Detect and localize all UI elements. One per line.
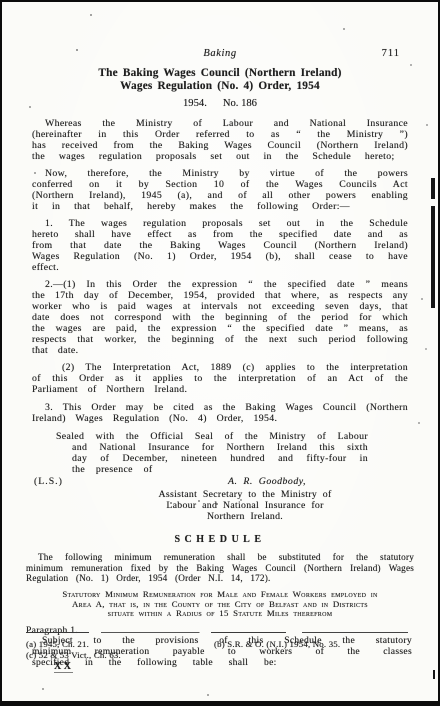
schedule-subheading-line: situate within a Radius of 15 Statute Mi… — [26, 609, 414, 619]
whereas-paragraph: Whereas the Ministry of Labour and Natio… — [32, 118, 408, 162]
signature-name: A. R. Goodbody, — [228, 476, 306, 487]
order-number: No. 186 — [223, 98, 257, 109]
clause-3: 3. This Order may be cited as the Baking… — [32, 402, 408, 424]
printers-signature-mark: XX — [54, 661, 73, 673]
page-number: 711 — [382, 48, 400, 59]
document-title-line1: The Baking Wages Council (Northern Irela… — [32, 67, 408, 80]
footnote-row: (c) 52 & 53 Vict., Ch. 63. — [26, 650, 420, 661]
schedule-intro-paragraph: The following minimum remuneration shall… — [26, 552, 414, 584]
sealing-paragraph: Sealed with the Official Seal of the Min… — [72, 431, 368, 475]
footnote-row: (a) 1945, Ch. 21. (b) S.R. & O. (N.I.) 1… — [26, 639, 420, 650]
signature-title: Assistant Secretary to the Ministry of L… — [120, 489, 370, 522]
clause-2-2: (2) The Interpretation Act, 1889 (c) app… — [32, 362, 408, 395]
running-header: Baking 711 — [32, 2, 408, 59]
footnotes: (a) 1945, Ch. 21. (b) S.R. & O. (N.I.) 1… — [26, 632, 420, 660]
schedule-heading: SCHEDULE — [26, 534, 414, 545]
order-year: 1954. — [183, 98, 207, 109]
running-header-subject: Baking — [203, 48, 236, 59]
scan-artifact-bar — [431, 206, 435, 308]
signature-title-line: Assistant Secretary to the Ministry of — [120, 489, 370, 500]
order-number-line: 1954.No. 186 — [32, 98, 408, 109]
footnote-a: (a) 1945, Ch. 21. — [26, 639, 89, 649]
footnote-c: (c) 52 & 53 Vict., Ch. 63. — [26, 650, 121, 660]
schedule-subheading: Statutory Minimum Remuneration for Male … — [26, 590, 414, 619]
clause-2-1: 2.—(1) In this Order the expression “ th… — [32, 279, 408, 356]
scan-artifact-tick — [433, 670, 435, 679]
scan-noise-speckles — [2, 2, 4, 4]
page-content: Baking 711 The Baking Wages Council (Nor… — [32, 2, 408, 522]
signature-title-line: Labour and National Insurance for — [120, 500, 370, 511]
clause-1: 1. The wages regulation proposals set ou… — [32, 218, 408, 273]
signature-row: (L.S.) A. R. Goodbody, — [32, 476, 408, 488]
scan-artifact-bar — [431, 178, 435, 199]
footnote-b: (b) S.R. & O. (N.I.) 1954, No. 35. — [214, 639, 340, 650]
enacting-paragraph: Now, therefore, the Ministry by virtue o… — [32, 168, 408, 212]
document-title-line2: Wages Regulation (No. 4) Order, 1954 — [32, 80, 408, 93]
scanned-document-page: Baking 711 The Baking Wages Council (Nor… — [0, 0, 440, 706]
document-title: The Baking Wages Council (Northern Irela… — [32, 67, 408, 93]
seal-abbreviation: (L.S.) — [34, 476, 63, 487]
footnote-rule — [26, 632, 420, 633]
signature-title-line: Northern Ireland. — [120, 511, 370, 522]
